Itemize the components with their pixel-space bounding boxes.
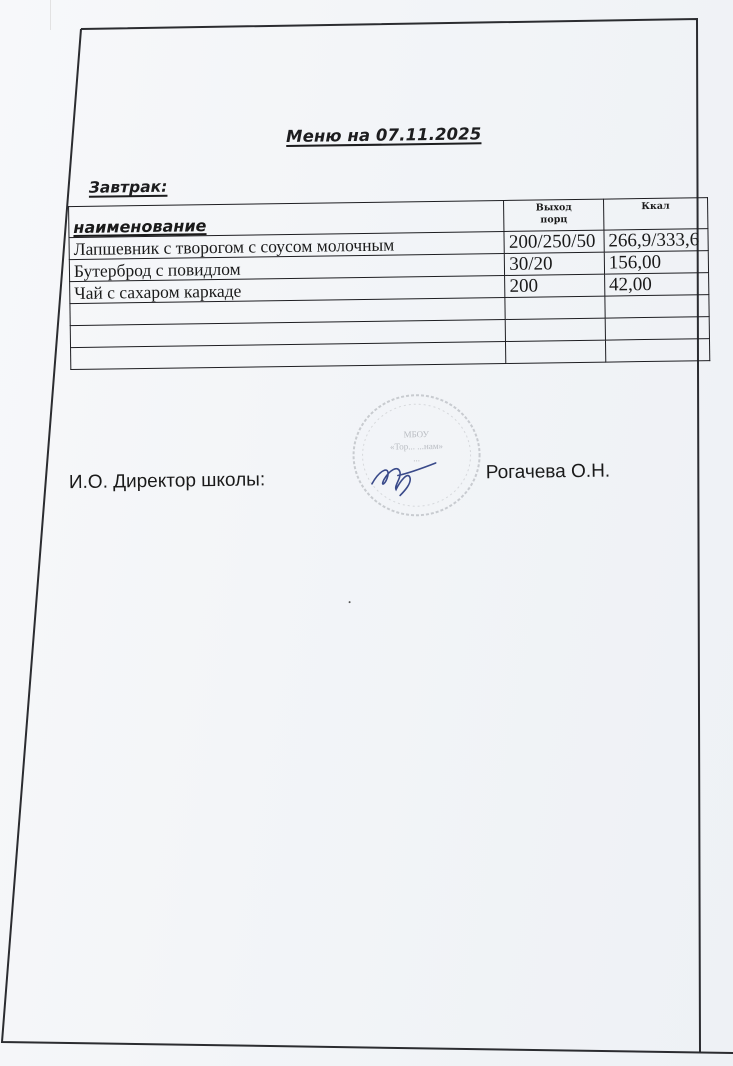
cell-kcal: 42,00 <box>604 273 708 296</box>
cell-dish-name <box>71 341 507 369</box>
cell-kcal <box>605 295 709 318</box>
cell-kcal: 156,00 <box>604 251 708 274</box>
signatory-name: Рогачева О.Н. <box>486 461 611 485</box>
header-kcal: Ккал <box>603 198 708 230</box>
cell-output <box>506 318 606 341</box>
cell-kcal <box>605 317 709 340</box>
section-title-breakfast: Завтрак: <box>89 178 168 197</box>
cell-output: 200 <box>505 274 605 297</box>
cell-kcal <box>605 339 709 362</box>
stamp-text-line: ... <box>350 452 484 465</box>
cell-output: 30/20 <box>505 252 605 275</box>
stamp-text-line: МБОУ <box>349 428 483 441</box>
header-output-label: Выход порц <box>534 202 574 227</box>
signature-label: И.О. Директор школы: <box>69 469 266 494</box>
menu-table: наименование Выход порц Ккал Лапшевник с… <box>68 197 710 370</box>
stamp-text-line: «Тор... ...нам» <box>349 440 483 453</box>
cell-output: 200/250/50 <box>504 230 604 253</box>
paper-speck <box>349 601 351 603</box>
cell-output <box>505 296 605 319</box>
cell-kcal: 266,9/333,6 <box>604 229 708 252</box>
document-content: Меню на 07.11.2025 Завтрак: наименование… <box>0 0 733 1066</box>
header-output: Выход порц <box>504 199 604 231</box>
cell-output <box>506 340 606 363</box>
stamp-seal-icon: МБОУ «Тор... ...нам» ... <box>349 390 485 520</box>
menu-title: Меню на 07.11.2025 <box>286 124 482 146</box>
